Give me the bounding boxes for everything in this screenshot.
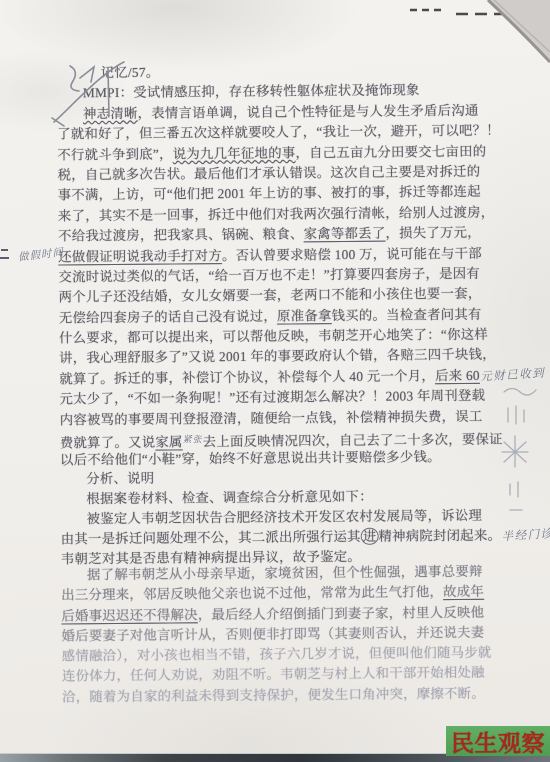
text-segment: 洽，随着为自家的利益未得到支持保护，便发生口角冲突，摩擦不断。	[62, 686, 485, 705]
document-line: 由其一是拆迁问题处理不公，其二派出所强行运其进精神病院封闭起来。半经门诊了	[61, 525, 543, 549]
page-corner-fold	[476, 0, 550, 74]
text-segment: 由其一是拆迁问题处理不公，其二派出所强行运其	[61, 529, 361, 547]
text-segment: 钱买的。当检查者问其有	[332, 306, 482, 322]
text-segment: 根据案卷材料、检查、调查综合分析意见如下：	[86, 489, 373, 506]
minsheng-observer-watermark: 民生观察	[446, 726, 550, 756]
text-segment: 精神病院封闭起来。	[378, 528, 501, 544]
text-segment: 事不满，上访，可“他们把 2001 年上访的事、被打的事，拆迁等都连起	[58, 184, 481, 203]
text-segment: 被鉴定人韦朝芝因状告合肥经济技术开发区农村发展局等，诉讼理	[86, 508, 482, 526]
analysis-section: 分析、说明根据案卷材料、检查、调查综合分析意见如下：被鉴定人韦朝芝因状告合肥经济…	[60, 465, 543, 569]
text-segment: 不行就斗争到底”，	[57, 146, 172, 162]
text-segment: 讲，我心理舒服多了”又说 2001 年的事要政府认个错，各赔三四千块钱，	[59, 347, 496, 366]
text-segment: 交流时说过类似的气话，“给一百万也不走！”打算要四套房子，是因有	[58, 266, 480, 285]
text-segment: 家属	[155, 434, 182, 449]
text-segment: 故成年	[443, 584, 484, 599]
text-segment: 税，自己就多次告状。最后他们才承认错误。这次自己主要是对拆迁的	[57, 164, 480, 183]
right-margin-doodles	[496, 364, 550, 539]
handwriting-flourish-mark	[50, 56, 130, 128]
text-segment: 分析、说明	[86, 471, 154, 487]
text-segment: 进	[361, 528, 379, 545]
text-segment: 连份体力，任何人劝说，劝阻不听。韦朝芝与村上人和干部开始相处融	[62, 665, 485, 684]
text-segment: 两个儿子还没结婚，女儿女婿要一套，老两口不能和小孩住也要一套，	[59, 286, 482, 305]
text-segment: 感情融洽），对小孩也相当不错，孩子六几岁才说，但便叫他们随马步就	[62, 645, 492, 664]
text-segment: 来了，其实不是一回事，拆迁中他们对我两次强行清帐，给别人过渡房，	[58, 204, 495, 223]
text-segment: ，自己五亩九分田要交七亩田的	[295, 143, 486, 160]
text-segment: ，表情言语单调，说自己个性特征是与人发生矛盾后沟通	[137, 103, 478, 121]
text-segment: 什么要求，都可以提出来，可以帮他反映，韦朝芝开心地笑了：“你这样	[59, 327, 488, 346]
text-segment: 还做假证明说我动手打对方	[58, 248, 222, 264]
text-segment: 。否认曾要求赔偿 100 万，说可能在与干部	[222, 245, 482, 262]
text-segment: 以后不给他们“小鞋”穿，始终不好意思说出共计要赔偿多少钱。	[60, 450, 441, 468]
scanned-document-page: 记忆/57。MMPI：受试情感压抑，存在移转性躯体症状及掩饰现象神志清晰，表情言…	[0, 0, 550, 762]
text-segment: 出三分理来，邻居反映他父亲也说不过他，常常为此生气打他，	[61, 584, 443, 602]
text-segment: 不给我过渡房，把我家具、锅碗、粮食、	[58, 226, 304, 243]
text-segment: 据了解韦朝芝从小母亲早逝，家境贫困，但个性倔强，遇事总要辩	[87, 564, 483, 582]
left-edge-marks	[0, 244, 14, 268]
text-segment: 就算了。拆迁的事，补偿订个协议，补偿每个人 40 元一个月，	[59, 368, 435, 386]
text-segment: 费就算了。又说	[60, 435, 156, 451]
text-segment: 去上面反映情况四次，自己去了二十多次，要保证	[203, 432, 503, 450]
text-segment: 无偿给四套房子的话自己没有说过，	[59, 308, 277, 325]
text-segment: 后来 60	[435, 368, 480, 383]
text-segment: 说为九几年征地的事	[173, 145, 296, 161]
text-segment: ，最后经人介绍倒插门到妻子家，村里人反映他	[198, 604, 485, 621]
text-segment: 内容被骂的事要周刊登报澄清，随便给一点钱，补偿精神损失费，误工	[60, 408, 483, 427]
text-segment: 原准备拿	[277, 308, 332, 323]
text-segment: 后婚事迟迟还不得解决	[61, 607, 198, 623]
handwritten-note: 紧张	[183, 434, 203, 444]
text-segment: ，损失了万元，	[385, 225, 481, 241]
text-segment: MMPI：受试情感压抑，存在移转性躯体症状及掩饰现象	[83, 83, 420, 101]
text-segment: 元太少了，“不如一条狗呢！”还有过渡期怎么解决？！2003 年周刊登载	[59, 388, 485, 407]
background-paragraph: 据了解韦朝芝从小母亲早逝，家境贫困，但个性倔强，遇事总要辩出三分理来，邻居反映他…	[61, 561, 544, 707]
document-line: 洽，随着为自家的利益未得到支持保护，便发生口角冲突，摩擦不断。	[62, 683, 544, 708]
text-segment: 家禽等都丢了	[304, 226, 386, 242]
text-segment: 婚后要妻子对他言听计从，否则便非打即骂（其妻则否认，并还说夫妻	[61, 625, 484, 644]
